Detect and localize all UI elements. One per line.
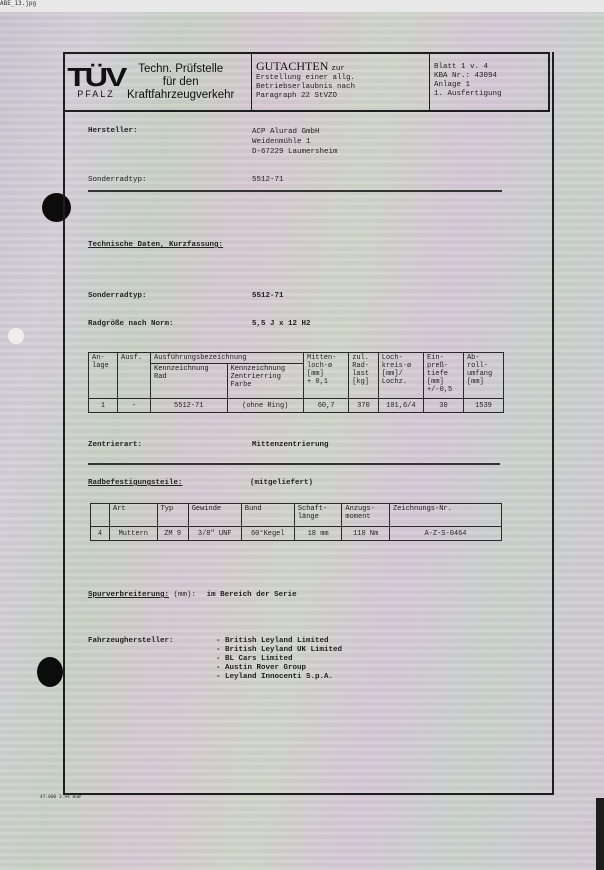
wheel-type-label: Sonderradtyp: xyxy=(88,176,147,184)
title-bar: ABE_13.jpg xyxy=(0,0,604,12)
list-item: - British Leyland UK Limited xyxy=(216,646,342,655)
org-line: Kraftfahrzeugverkehr xyxy=(127,89,234,102)
sheet-number: Blatt 1 v. 4 xyxy=(434,63,544,72)
address-line: D-67229 Laumersheim xyxy=(252,147,338,157)
address-line: Weidenmühle 1 xyxy=(252,137,338,147)
org-line: Techn. Prüfstelle xyxy=(127,63,234,76)
divider xyxy=(88,190,502,192)
cell-kennz-ring: (ohne Ring) xyxy=(227,399,304,413)
wheel-spec-table: An- lage Ausf. Ausführungsbezeichnung Mi… xyxy=(88,352,504,413)
wheel-size-label: Radgröße nach Norm: xyxy=(88,320,174,328)
cell-ausf: - xyxy=(118,399,151,413)
punch-hole-icon xyxy=(8,328,24,344)
col-header-abroll: Ab- roll- umfang [mm] xyxy=(463,353,503,399)
tuv-logo: TÜV PFALZ xyxy=(73,65,119,99)
cell-art: Muttern xyxy=(110,527,158,541)
title-line: Paragraph 22 StVZO xyxy=(256,92,425,101)
kba-number: KBA Nr.: 43094 xyxy=(434,72,544,81)
list-item: - British Leyland Limited xyxy=(216,637,342,646)
table-row: 1 - 5512-71 (ohne Ring) 60,7 370 101,6/4… xyxy=(89,399,504,413)
col-header-anlage: An- lage xyxy=(89,353,118,399)
tech-wheel-type-label: Sonderradtyp: xyxy=(88,292,147,300)
scan-edge xyxy=(596,798,604,870)
cell-schaft: 18 mm xyxy=(294,527,342,541)
cell-typ: ZM 9 xyxy=(157,527,188,541)
attachment: Anlage 1 xyxy=(434,81,544,90)
col-header-kennz-rad: Kennzeichnung Rad xyxy=(151,364,228,399)
cell-radlast: 370 xyxy=(349,399,379,413)
fastener-note: (mitgeliefert) xyxy=(250,479,313,487)
cell-kennz-rad: 5512-71 xyxy=(151,399,228,413)
vehicle-manufacturer-label: Fahrzeughersteller: xyxy=(88,637,174,645)
sheet-meta: Blatt 1 v. 4 KBA Nr.: 43094 Anlage 1 1. … xyxy=(430,54,548,110)
col-header-bund: Bund xyxy=(241,504,294,527)
cell-zeichnung: A-Z-S-0464 xyxy=(390,527,502,541)
col-header-mittenloch: Mitten- loch-ø [mm] + 0,1 xyxy=(304,353,349,399)
track-widening: Spurverbreiterung: (mm): im Bereich der … xyxy=(88,591,297,599)
title-suffix: zur xyxy=(331,65,345,73)
cell-anlage: 1 xyxy=(89,399,118,413)
document-title-block: GUTACHTEN zur Erstellung einer allg. Bet… xyxy=(252,54,430,110)
wheel-type-value: 5512-71 xyxy=(252,176,284,184)
cell-bund: 60°Kegel xyxy=(241,527,294,541)
title-line: Betriebserlaubnis nach xyxy=(256,83,425,92)
list-item: - BL Cars Limited xyxy=(216,655,342,664)
fastener-heading: Radbefestigungsteile: xyxy=(88,479,183,487)
tuv-logo-block: TÜV PFALZ Techn. Prüfstelle für den Kraf… xyxy=(65,54,252,110)
list-item: - Leyland Innocenti S.p.A. xyxy=(216,673,342,682)
col-header-typ: Typ xyxy=(157,504,188,527)
col-header-einpress: Ein- preß- tiefe [mm] +/-0,5 xyxy=(423,353,463,399)
centering-value: Mittenzentrierung xyxy=(252,441,329,449)
col-header-radlast: zul. Rad- last [kg] xyxy=(349,353,379,399)
col-header-ausf: Ausf. xyxy=(118,353,151,399)
org-name: Techn. Prüfstelle für den Kraftfahrzeugv… xyxy=(127,63,234,102)
form-code: 47.000 3.94 BuW xyxy=(40,795,81,800)
title-line: Erstellung einer allg. xyxy=(256,74,425,83)
tech-wheel-type-value: 5512-71 xyxy=(252,292,284,300)
divider xyxy=(88,463,500,465)
manufacturer-address: ACP Alurad GmbH Weidenmühle 1 D-67229 La… xyxy=(252,127,338,157)
tech-data-heading: Technische Daten, Kurzfassung: xyxy=(88,241,223,249)
punch-hole-icon xyxy=(37,657,63,687)
col-header-count xyxy=(91,504,110,527)
org-line: für den xyxy=(127,76,234,89)
title-text: GUTACHTEN xyxy=(256,59,328,73)
col-header-zeichnung: Zeichnungs-Nr. xyxy=(390,504,502,527)
table-row: 4 Muttern ZM 9 3/8" UNF 60°Kegel 18 mm 1… xyxy=(91,527,502,541)
cell-gewinde: 3/8" UNF xyxy=(188,527,241,541)
cell-mittenloch: 60,7 xyxy=(304,399,349,413)
cell-anzug: 110 Nm xyxy=(342,527,390,541)
track-widening-unit: (mm): xyxy=(174,591,197,599)
cell-abroll: 1539 xyxy=(463,399,503,413)
vehicle-manufacturer-list: - British Leyland Limited - British Leyl… xyxy=(216,637,342,682)
cell-lochkreis: 101,6/4 xyxy=(378,399,423,413)
tuv-logo-mark: TÜV xyxy=(67,65,125,89)
document-header: TÜV PFALZ Techn. Prüfstelle für den Kraf… xyxy=(63,52,550,112)
document-title: GUTACHTEN zur xyxy=(256,59,425,74)
col-header-lochkreis: Loch- kreis-ø [mm]/ Lochz. xyxy=(378,353,423,399)
cell-einpress: 30 xyxy=(423,399,463,413)
centering-label: Zentrierart: xyxy=(88,441,142,449)
list-item: - Austin Rover Group xyxy=(216,664,342,673)
track-widening-label: Spurverbreiterung: xyxy=(88,591,169,599)
col-header-kennz-ring: Kennzeichnung Zentrierring Farbe xyxy=(227,364,304,399)
col-header-ausfuehrung: Ausführungsbezeichnung xyxy=(151,353,304,364)
copy-number: 1. Ausfertigung xyxy=(434,90,544,99)
col-header-art: Art xyxy=(110,504,158,527)
col-header-anzug: Anzugs- moment xyxy=(342,504,390,527)
manufacturer-label: Hersteller: xyxy=(88,127,138,135)
cell-count: 4 xyxy=(91,527,110,541)
document-frame xyxy=(63,52,554,795)
wheel-size-value: 5,5 J x 12 H2 xyxy=(252,320,311,328)
file-name: ABE_13.jpg xyxy=(0,0,36,7)
fastener-table: Art Typ Gewinde Bund Schaft- länge Anzug… xyxy=(90,503,502,541)
track-widening-value: im Bereich der Serie xyxy=(207,591,297,599)
col-header-gewinde: Gewinde xyxy=(188,504,241,527)
col-header-schaft: Schaft- länge xyxy=(294,504,342,527)
address-line: ACP Alurad GmbH xyxy=(252,127,338,137)
